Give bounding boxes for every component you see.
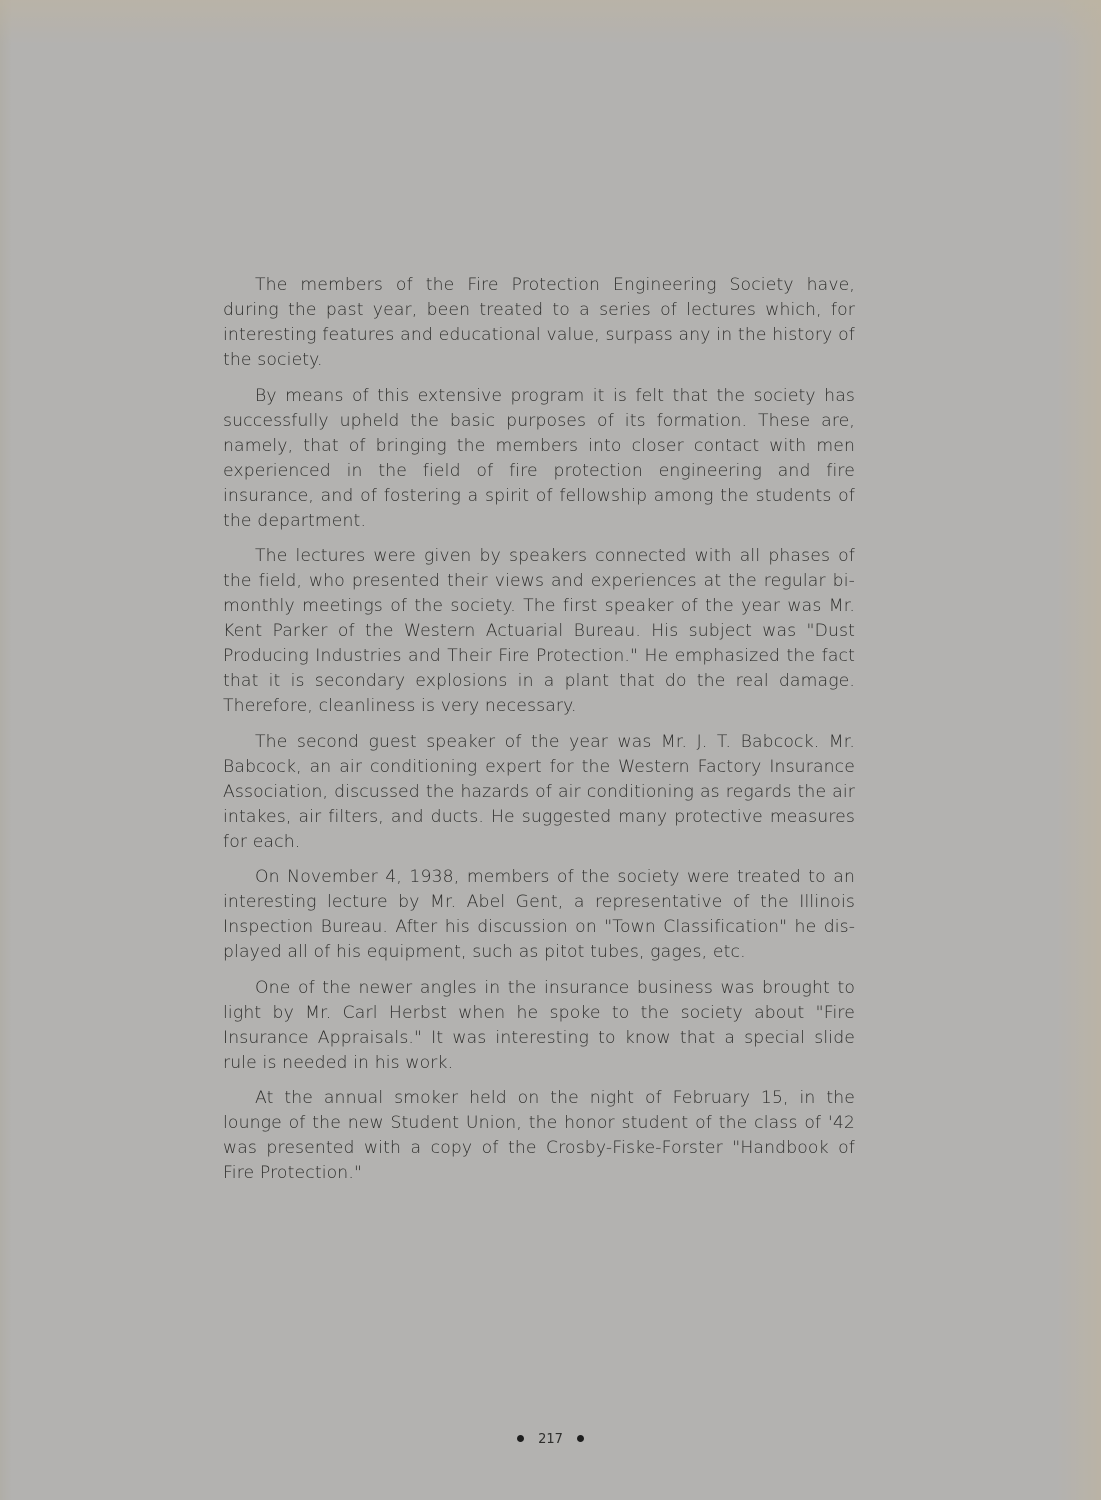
paragraph-babcock: The second guest speaker of the year was… [223,730,855,855]
paragraph-purposes: By means of this extensive program it is… [223,384,855,534]
paragraph-annual-smoker: At the annual smoker held on the night o… [223,1086,855,1186]
book-page: The members of the Fire Protection Engin… [0,0,1101,1500]
page-footer: 217 [0,1430,1101,1450]
paragraph-abel-gent: On November 4, 1938, members of the soci… [223,865,855,965]
paragraph-intro: The members of the Fire Protection Engin… [223,273,855,373]
paragraph-carl-herbst: One of the newer angles in the insurance… [223,976,855,1076]
body-text: The members of the Fire Protection Engin… [223,273,855,1197]
bullet-dot-icon [517,1435,524,1442]
paragraph-kent-parker: The lectures were given by speakers conn… [223,544,855,719]
page-number: 217 [538,1432,563,1447]
bullet-dot-icon [577,1435,584,1442]
